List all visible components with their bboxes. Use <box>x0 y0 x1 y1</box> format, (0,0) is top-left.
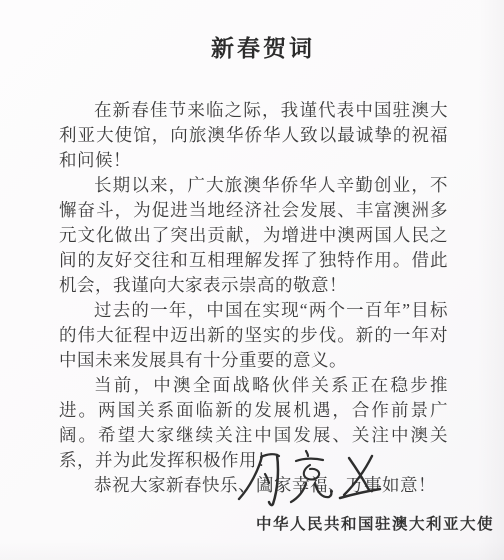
handwritten-signature <box>232 445 382 507</box>
scan-shading <box>0 542 504 560</box>
signature-block: 中华人民共和国驻澳大利亚大使 <box>194 443 494 543</box>
signer-title: 中华人民共和国驻澳大利亚大使 <box>256 512 494 534</box>
letter-paragraph: 在新春佳节来临之际，我谨代表中国驻澳大利亚大使馆，向旅澳华侨华人致以最诚挚的祝福… <box>59 98 448 173</box>
letter-body: 在新春佳节来临之际，我谨代表中国驻澳大利亚大使馆，向旅澳华侨华人致以最诚挚的祝福… <box>59 98 448 498</box>
letter-paragraph: 长期以来，广大旅澳华侨华人辛勤创业，不懈奋斗，为促进当地经济社会发展、丰富澳洲多… <box>59 173 448 298</box>
letter-page: 新春贺词 在新春佳节来临之际，我谨代表中国驻澳大利亚大使馆，向旅澳华侨华人致以最… <box>0 0 504 560</box>
letter-title: 新春贺词 <box>0 30 504 63</box>
letter-paragraph: 过去的一年，中国在实现“两个一百年”目标的伟大征程中迈出新的坚实的步伐。新的一年… <box>59 298 448 373</box>
